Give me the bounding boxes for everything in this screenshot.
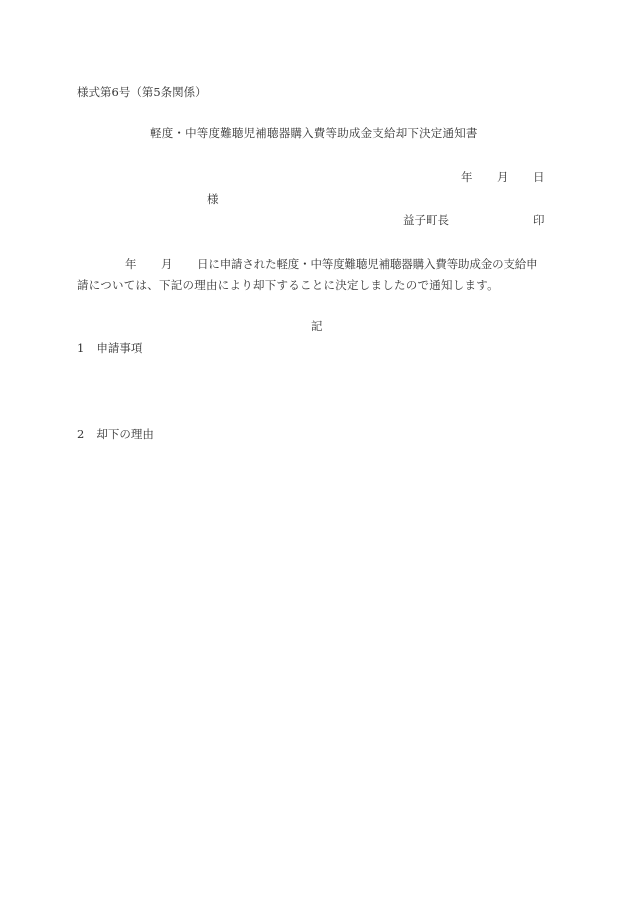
body-line1: 日に申請された軽度・中等度難聴児補聴器購入費等助成金の支給申 — [197, 257, 538, 271]
issuer-name: 益子町長 — [403, 213, 449, 227]
issuer-seal: 印 — [533, 213, 545, 227]
form-number: 様式第6号（第5条関係） — [77, 85, 207, 99]
body-line2: 請については、下記の理由により却下することに決定しましたので通知します。 — [77, 278, 499, 292]
body-year-label: 年 — [125, 257, 137, 271]
recipient-honorific: 様 — [207, 192, 219, 206]
item-label: 却下の理由 — [96, 427, 154, 441]
date-year-label: 年 — [461, 170, 473, 184]
body-month-label: 月 — [161, 257, 173, 271]
item-label: 申請事項 — [96, 341, 142, 355]
date-month-label: 月 — [497, 170, 509, 184]
item-number: 2 — [77, 427, 84, 441]
item-number: 1 — [77, 341, 84, 355]
item-1: 1申請事項 — [77, 341, 142, 355]
item-2: 2却下の理由 — [77, 427, 154, 441]
date-day-label: 日 — [533, 170, 545, 184]
ki-heading: 記 — [311, 319, 323, 333]
document-title: 軽度・中等度難聴児補聴器購入費等助成金支給却下決定通知書 — [150, 126, 478, 140]
